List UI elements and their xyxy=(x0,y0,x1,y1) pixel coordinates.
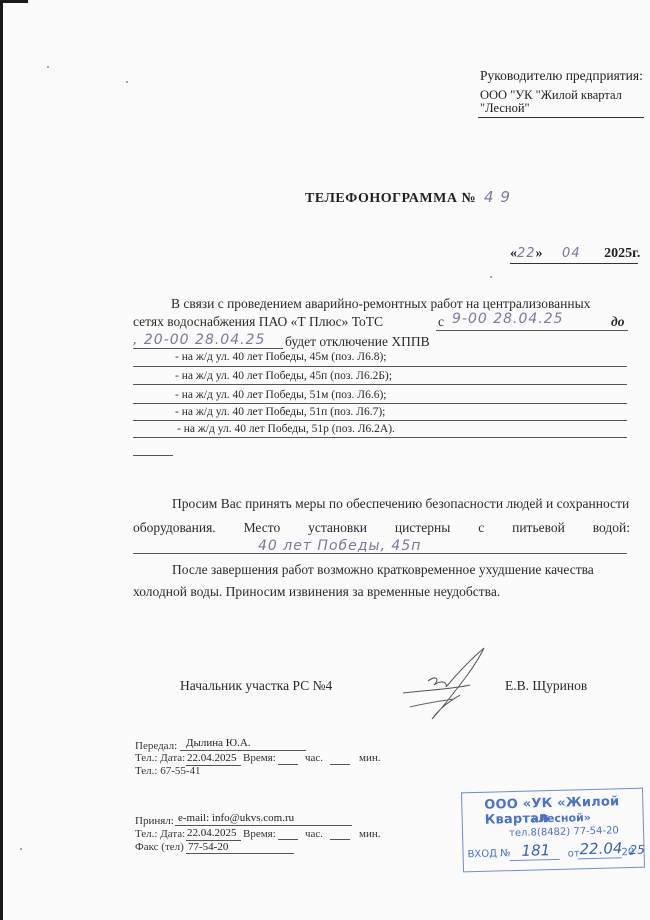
scan-speck xyxy=(490,276,492,278)
sent-date-label: Тел.: Дата: xyxy=(135,752,185,764)
title-text: ТЕЛЕФОНОГРАММА № xyxy=(305,191,476,206)
stamp-number-underline xyxy=(510,859,560,861)
date-year: 2025г. xyxy=(604,246,640,261)
received-fax-underline xyxy=(186,853,294,854)
safety-word: цистерны xyxy=(395,520,450,536)
received-hours-blank xyxy=(278,839,298,840)
stamp-year-handwritten: 25 xyxy=(629,843,645,857)
address-rule xyxy=(133,420,627,421)
received-date-label: Тел.: Дата: xyxy=(135,828,185,840)
stamp-org-name: «Лесной» xyxy=(531,811,592,826)
scan-edge-top xyxy=(0,0,28,3)
sent-date: 22.04.2025 xyxy=(187,752,237,764)
sent-by: Дылина Ю.А. xyxy=(186,737,251,749)
scan-speck xyxy=(47,66,49,68)
address-item: - на ж/д ул. 40 лет Победы, 51р (поз. Л6… xyxy=(177,423,395,435)
outage-to-label: до xyxy=(611,314,624,330)
date-underline xyxy=(510,263,638,264)
stamp-date-underline xyxy=(578,857,622,859)
document-title: ТЕЛЕФОНОГРАММА № 4 9 xyxy=(305,188,511,207)
date-quote-close: » xyxy=(536,246,543,261)
sent-hours-label: час. xyxy=(305,752,323,764)
received-fax: 77-54-20 xyxy=(188,841,228,853)
stamp-incoming-label: ВХОД № xyxy=(467,848,510,860)
signer-name: Е.В. Щуринов xyxy=(505,678,587,694)
safety-word: с xyxy=(478,520,484,536)
received-minutes-label: мин. xyxy=(359,828,380,840)
address-item: - на ж/д ул. 40 лет Победы, 45м (поз. Л6… xyxy=(175,351,386,363)
safety-line-2: оборудования. Место установки цистерны с… xyxy=(133,520,630,536)
safety-word: водой: xyxy=(593,520,630,536)
address-rule xyxy=(133,366,627,367)
sent-phone: Тел.: 67-55-41 xyxy=(135,765,201,777)
signer-position: Начальник участка РС №4 xyxy=(180,678,332,694)
safety-word: Место xyxy=(244,520,281,536)
title-number-handwritten: 4 9 xyxy=(484,188,511,206)
received-fax-label: Факс (тел) xyxy=(135,841,184,853)
stamp-incoming-number: 181 xyxy=(521,841,550,860)
address-item: - на ж/д ул. 40 лет Победы, 51п (поз. Л6… xyxy=(175,406,385,418)
sent-by-underline xyxy=(180,750,306,751)
date-quote-open: « xyxy=(510,246,517,261)
addressee-org-name: "Лесной" xyxy=(480,101,530,116)
outage-line-1: В связи с проведением аварийно-ремонтных… xyxy=(171,296,590,312)
sent-label: Передал: xyxy=(135,740,177,752)
sent-minutes-label: мин. xyxy=(359,752,380,764)
signature-icon xyxy=(398,645,493,720)
stamp-phone: тел.8(8482) 77-54-20 xyxy=(509,825,619,839)
outage-suffix: будет отключение ХППВ xyxy=(285,334,430,350)
address-rule xyxy=(133,384,627,385)
addressee-title: Руководителю предприятия: xyxy=(480,68,643,83)
sent-time-label: Время: xyxy=(243,752,276,764)
safety-word: установки xyxy=(308,520,367,536)
scan-speck xyxy=(20,848,22,850)
address-item: - на ж/д ул. 40 лет Победы, 45п (поз. Л6… xyxy=(175,370,392,382)
received-label: Принял: xyxy=(135,815,174,827)
stamp-incoming-date: 22.04 xyxy=(579,839,622,858)
address-rule xyxy=(133,437,627,438)
received-by-underline xyxy=(175,825,352,826)
received-by: e-mail: info@ukvs.com.ru xyxy=(178,812,294,824)
outage-to-underline xyxy=(133,348,283,349)
received-date: 22.04.2025 xyxy=(187,827,237,839)
tank-location-handwritten: 40 лет Победы, 45п xyxy=(258,538,421,554)
address-rule xyxy=(133,403,627,404)
outage-from-time: 9-00 28.04.25 xyxy=(452,311,564,327)
incoming-stamp: ООО «УК «Жилой Квартал «Лесной» тел.8(84… xyxy=(461,788,645,873)
sent-minutes-blank xyxy=(330,764,350,765)
apology-line-1: После завершения работ возможно кратковр… xyxy=(172,562,594,578)
outage-to-time: , 20-00 28.04.25 xyxy=(133,332,265,348)
scan-speck xyxy=(126,81,128,83)
received-hours-label: час. xyxy=(305,828,323,840)
outage-from-underline xyxy=(436,330,628,331)
safety-line-1: Просим Вас принять меры по обеспечению б… xyxy=(172,496,629,512)
date-month: 04 xyxy=(562,246,581,261)
scan-edge-left xyxy=(0,0,3,920)
document-date: «22» 04 2025г. xyxy=(510,246,640,262)
address-item: - на ж/д ул. 40 лет Победы, 51м (поз. Л6… xyxy=(175,389,386,401)
addressee-underline xyxy=(478,117,644,118)
apology-line-2: холодной воды. Приносим извинения за вре… xyxy=(133,584,500,600)
safety-word: оборудования. xyxy=(133,520,216,536)
outage-from-label: с xyxy=(438,314,444,330)
outage-line-2: сетях водоснабжения ПАО «Т Плюс» ТоТС xyxy=(133,314,383,330)
received-time-label: Время: xyxy=(243,828,276,840)
address-rule-short xyxy=(133,455,173,456)
date-day: 22 xyxy=(517,246,536,261)
sent-hours-blank xyxy=(278,764,298,765)
received-minutes-blank xyxy=(330,839,350,840)
tank-location-underline xyxy=(133,553,627,554)
safety-word: питьевой xyxy=(512,520,565,536)
